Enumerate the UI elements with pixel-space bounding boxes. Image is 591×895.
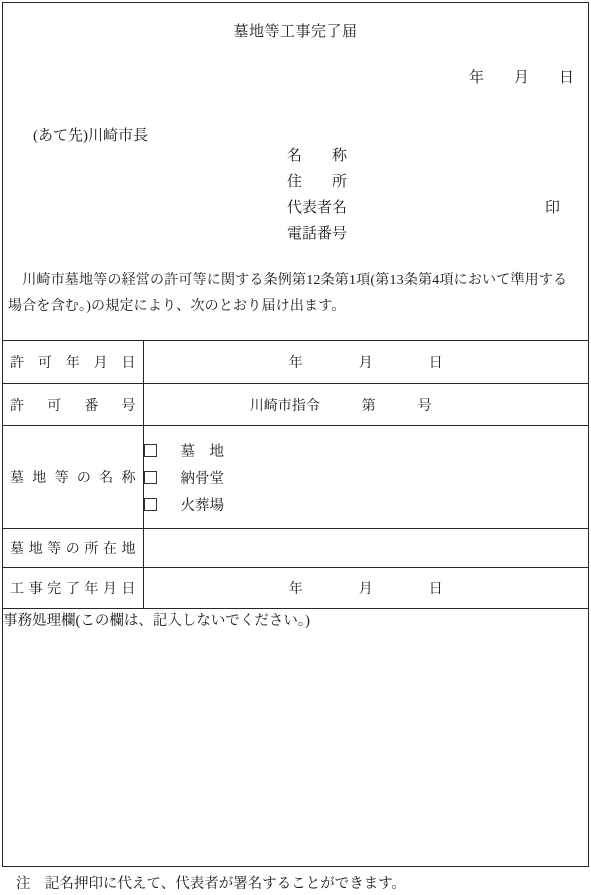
permit-number-label: 許可番号	[3, 384, 143, 426]
checkbox-crematorium[interactable]	[144, 498, 157, 511]
permit-date-value: 年 月 日	[143, 341, 588, 384]
form-outer-border: 墓地等工事完了届 年 月 日 (あて先)川崎市長 名 称 住 所 代表者名 印 …	[2, 2, 589, 867]
checkbox-charnel-house-label: 納骨堂	[181, 467, 225, 488]
permit-number-value: 川崎市指令 第 号	[143, 384, 588, 426]
applicant-phone-row: 電話番号	[287, 221, 578, 247]
table-row: 工事完了年月日 年 月 日	[3, 568, 588, 609]
completion-date-label: 工事完了年月日	[3, 568, 143, 609]
admin-processing-section: 事務処理欄(この欄は、記入しないでください。)	[3, 609, 588, 867]
option-crematorium: 火葬場	[144, 491, 589, 518]
table-row: 墓地等の所在地	[3, 529, 588, 568]
form-table: 許可年月日 年 月 日 許可番号 川崎市指令 第 号 墓地等の名称 墓 地	[3, 340, 588, 867]
option-charnel-house: 納骨堂	[144, 464, 589, 491]
seal-mark: 印	[545, 195, 560, 221]
form-title: 墓地等工事完了届	[3, 20, 588, 41]
applicant-name-row: 名 称	[287, 143, 578, 169]
facility-location-value	[143, 529, 588, 568]
applicant-name-label: 名 称	[287, 148, 347, 164]
form-page: 墓地等工事完了届 年 月 日 (あて先)川崎市長 名 称 住 所 代表者名 印 …	[0, 0, 591, 895]
body-paragraph-line1: 川崎市墓地等の経営の許可等に関する条例第12条第1項(第13条第4項において準用…	[8, 268, 572, 294]
applicant-block: 名 称 住 所 代表者名 印 電話番号	[287, 143, 578, 247]
representative-label: 代表者名	[287, 200, 347, 216]
facility-location-label: 墓地等の所在地	[3, 529, 143, 568]
completion-date-value: 年 月 日	[143, 568, 588, 609]
checkbox-charnel-house[interactable]	[144, 471, 157, 484]
table-row: 許可年月日 年 月 日	[3, 341, 588, 384]
submission-date-line: 年 月 日	[3, 66, 574, 87]
checkbox-crematorium-label: 火葬場	[181, 494, 225, 515]
permit-date-label: 許可年月日	[3, 341, 143, 384]
table-row: 許可番号 川崎市指令 第 号	[3, 384, 588, 426]
footnote: 注 記名押印に代えて、代表者が署名することができます。	[16, 872, 406, 893]
option-cemetery: 墓 地	[144, 437, 589, 464]
applicant-address-row: 住 所	[287, 169, 578, 195]
table-row: 墓地等の名称 墓 地 納骨堂 火葬場	[3, 426, 588, 529]
applicant-representative-row: 代表者名 印	[287, 195, 578, 221]
addressee-line: (あて先)川崎市長	[33, 124, 148, 145]
body-paragraph-line2: 場合を含む。)の規定により、次のとおり届け出ます。	[8, 294, 572, 320]
facility-name-options: 墓 地 納骨堂 火葬場	[143, 426, 588, 529]
body-paragraph: 川崎市墓地等の経営の許可等に関する条例第12条第1項(第13条第4項において準用…	[8, 268, 572, 320]
checkbox-cemetery-label: 墓 地	[181, 440, 225, 461]
phone-label: 電話番号	[287, 226, 347, 242]
facility-name-label: 墓地等の名称	[3, 426, 143, 529]
table-row: 事務処理欄(この欄は、記入しないでください。)	[3, 609, 588, 867]
checkbox-cemetery[interactable]	[144, 444, 157, 457]
applicant-address-label: 住 所	[287, 174, 347, 190]
